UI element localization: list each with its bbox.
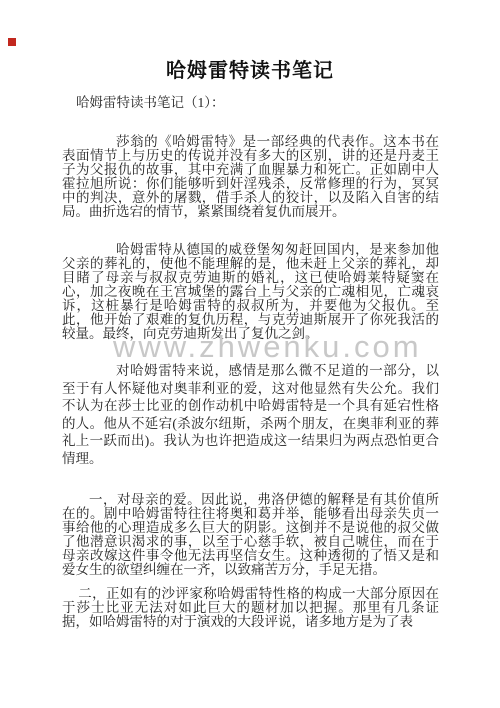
page-subtitle: 哈姆雷特读书笔记（1）： [76, 91, 225, 111]
corner-red-mark [8, 38, 16, 46]
page-title: 哈姆雷特读书笔记 [0, 54, 500, 83]
paragraph-2: 哈姆雷特从德国的威登堡匆匆赶回国内，是来参加他父亲的葬礼的，使他不能理解的是，他… [62, 243, 439, 341]
watermark-text: www.zhwenku.com [113, 329, 422, 365]
paragraph-1: 莎翁的《哈姆雷特》是一部经典的代表作。这本书在表面情节上与历史的传说并没有多大的… [62, 135, 439, 219]
paragraph-5: 二，正如有的沙评家称哈姆雷特性格的构成一大部分原因在于莎士比亚无法对如此巨大的题… [62, 587, 439, 629]
paragraph-3: 对哈姆雷特来说，感情是那么微不足道的一部分，以至于有人怀疑他对奥菲利亚的爱，这对… [62, 362, 439, 467]
paragraph-4: 一，对母亲的爱。因此说，弗洛伊德的解释是有其价值所在的。剧中哈姆雷特往往将奥和葛… [62, 493, 439, 577]
document-page: 哈姆雷特读书笔记 哈姆雷特读书笔记（1）： 莎翁的《哈姆雷特》是一部经典的代表作… [0, 0, 500, 708]
document-body: 莎翁的《哈姆雷特》是一部经典的代表作。这本书在表面情节上与历史的传说并没有多大的… [62, 135, 439, 629]
